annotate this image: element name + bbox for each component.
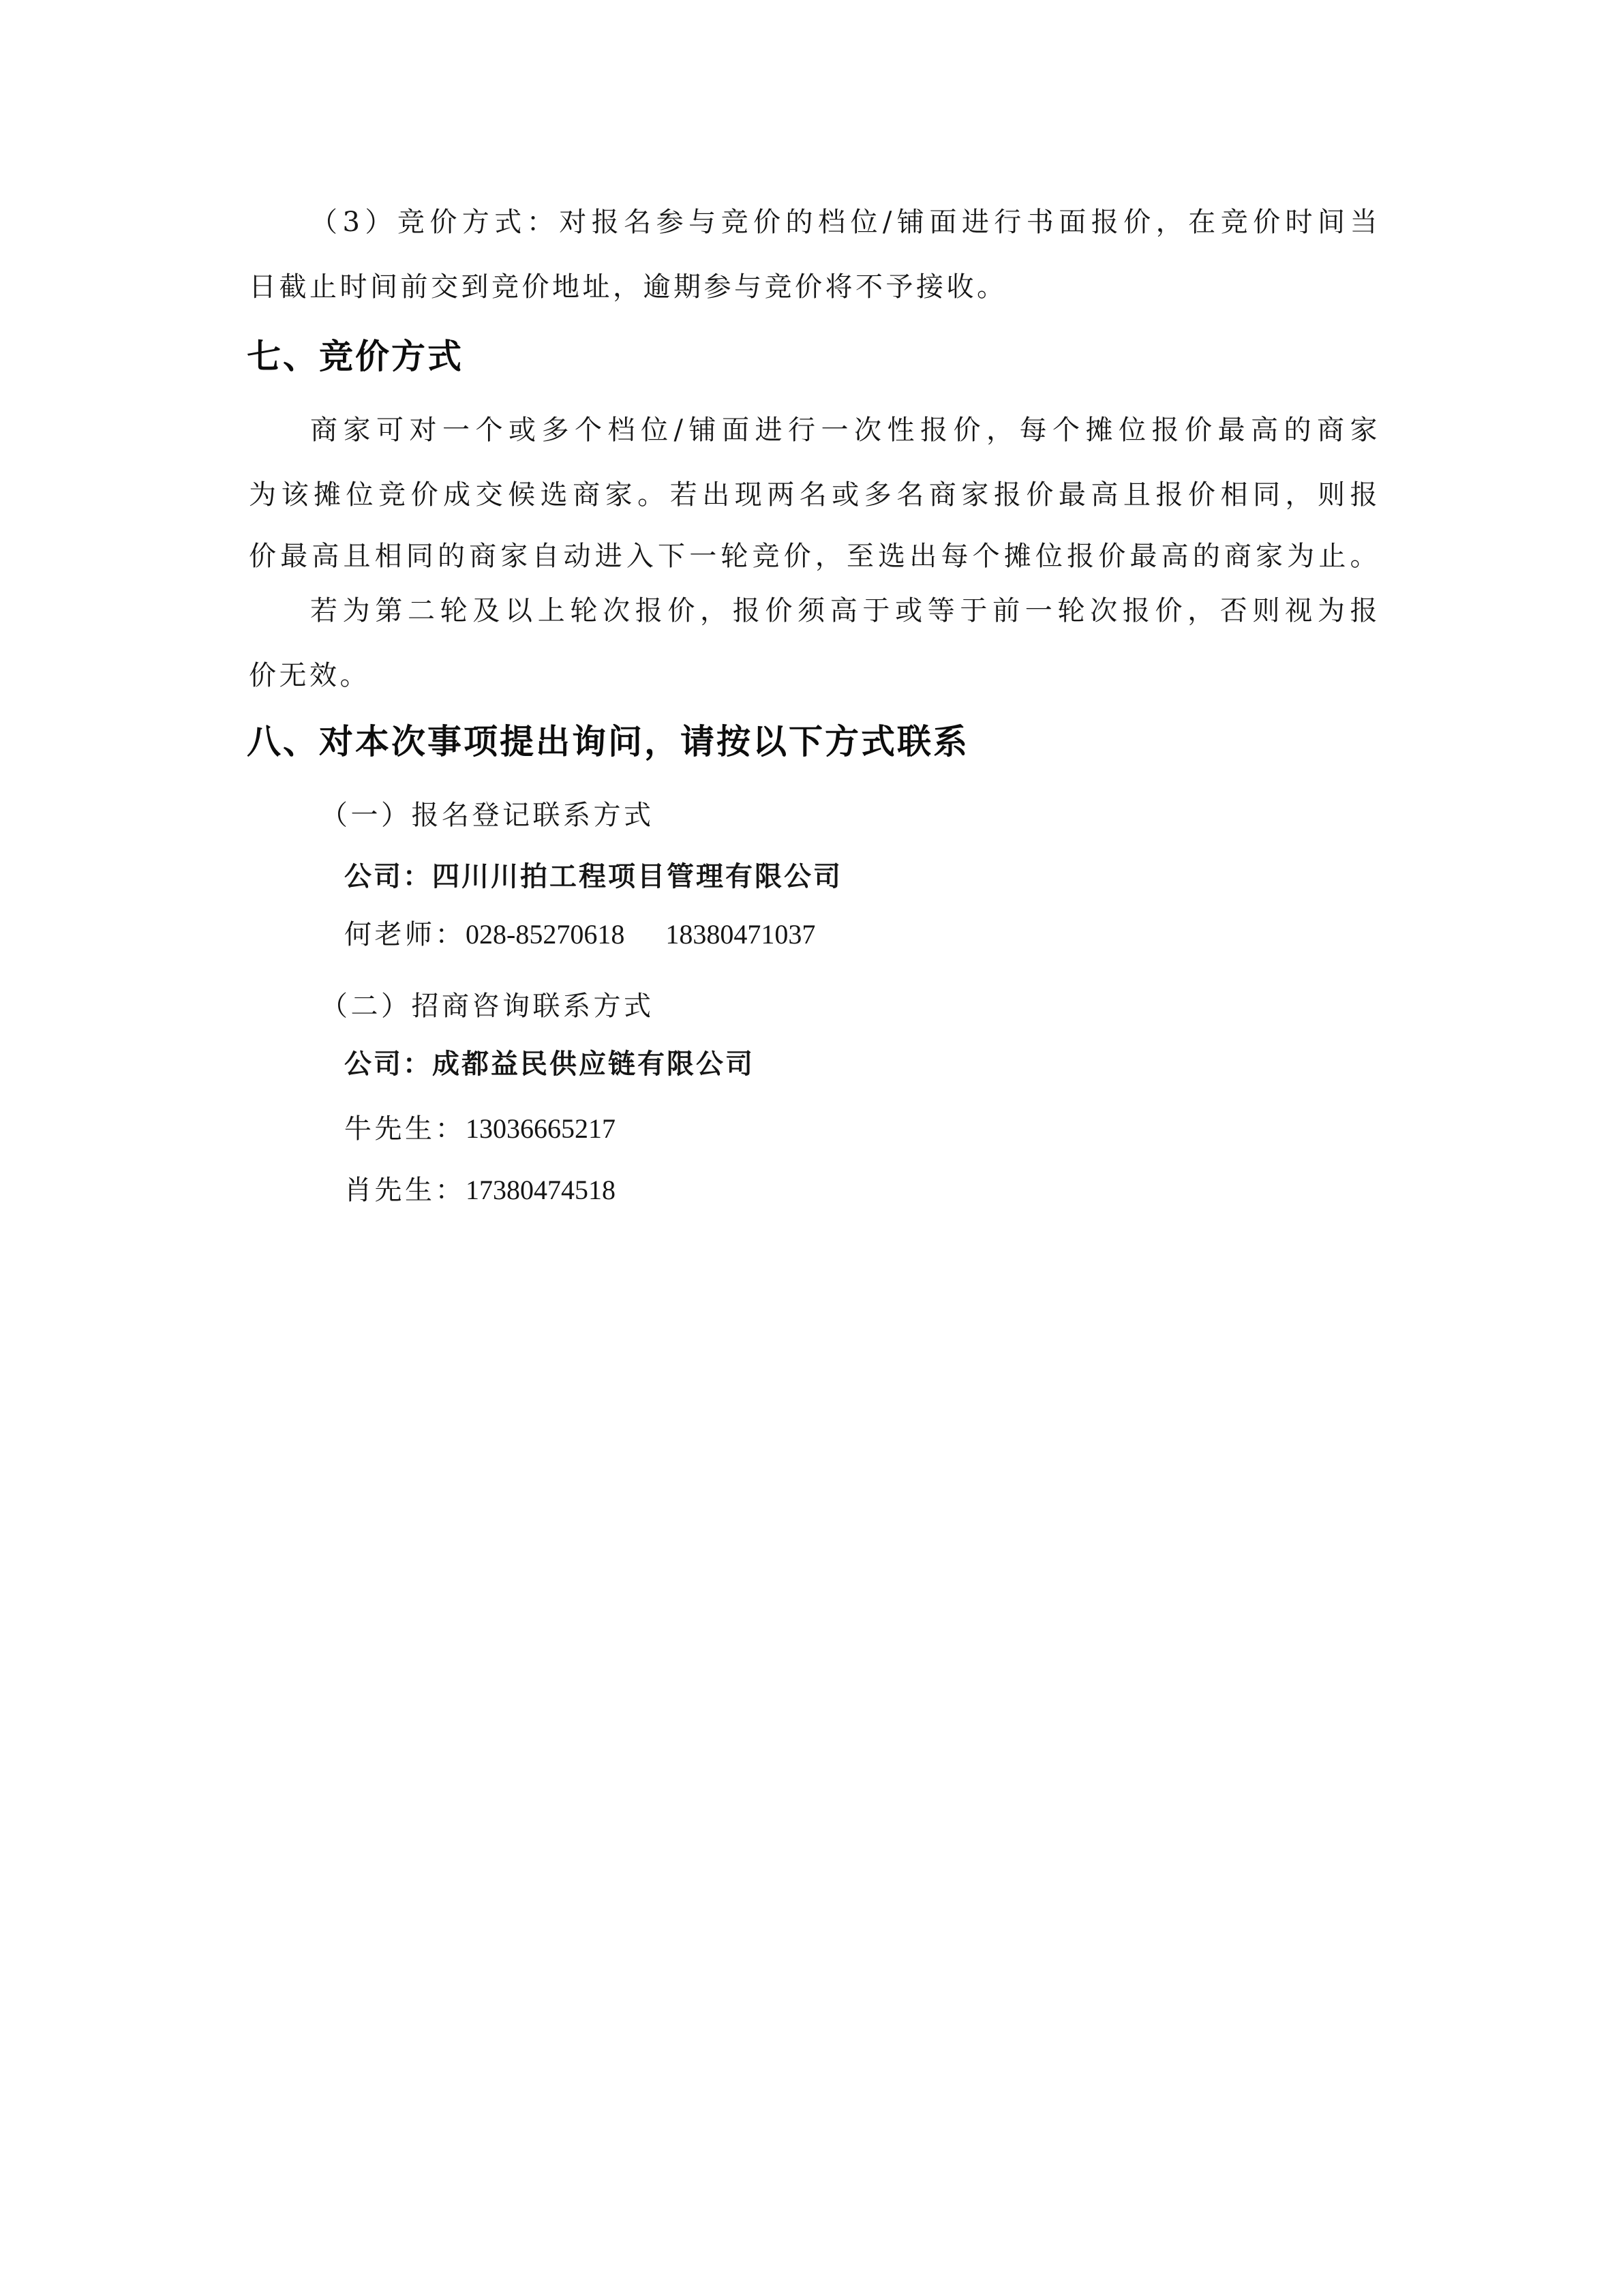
section7-para1-line2: 为该摊位竞价成交候选商家。若出现两名或多名商家报价最高且报价相同，则报: [249, 479, 1380, 511]
contact2-person-2-label: 肖先生：: [344, 1175, 466, 1206]
section7-para2-line1: 若为第二轮及以上轮次报价，报价须高于或等于前一轮次报价，否则视为报: [310, 594, 1380, 627]
section7-heading: 七、竞价方式: [247, 336, 464, 377]
contact2-person-2-phone: 17380474518: [466, 1175, 616, 1205]
document-page: （3）竞价方式：对报名参与竞价的档位/铺面进行书面报价，在竞价时间当 日截止时间…: [0, 0, 1623, 2296]
contact2-person-1: 牛先生：13036665217: [344, 1113, 616, 1145]
section8-heading: 八、对本次事项提出询问，请按以下方式联系: [247, 721, 969, 762]
contact2-person-1-label: 牛先生：: [344, 1113, 466, 1145]
section7-para1-line3: 价最高且相同的商家自动进入下一轮竞价，至选出每个摊位报价最高的商家为止。: [249, 540, 1380, 573]
contact1-person-label: 何老师：: [344, 919, 466, 950]
contact2-title: （二）招商咨询联系方式: [320, 990, 654, 1023]
contact1-company: 公司：四川川拍工程项目管理有限公司: [344, 860, 843, 893]
contact2-person-1-phone: 13036665217: [466, 1113, 616, 1144]
section7-para1-line1: 商家可对一个或多个档位/铺面进行一次性报价，每个摊位报价最高的商家: [310, 414, 1380, 447]
section6-item3-line2: 日截止时间前交到竞价地址，逾期参与竞价将不予接收。: [249, 271, 1380, 303]
contact2-company: 公司：成都益民供应链有限公司: [344, 1048, 755, 1081]
section7-para2-line2: 价无效。: [249, 659, 1380, 692]
contact1-title: （一）报名登记联系方式: [320, 799, 654, 832]
section6-item3-line1: （3）竞价方式：对报名参与竞价的档位/铺面进行书面报价，在竞价时间当: [310, 206, 1380, 239]
contact1-person: 何老师：028-8527061818380471037: [344, 918, 815, 951]
contact1-phone2: 18380471037: [665, 919, 815, 950]
contact1-phone1: 028-85270618: [466, 919, 624, 950]
contact2-person-2: 肖先生：17380474518: [344, 1174, 616, 1207]
